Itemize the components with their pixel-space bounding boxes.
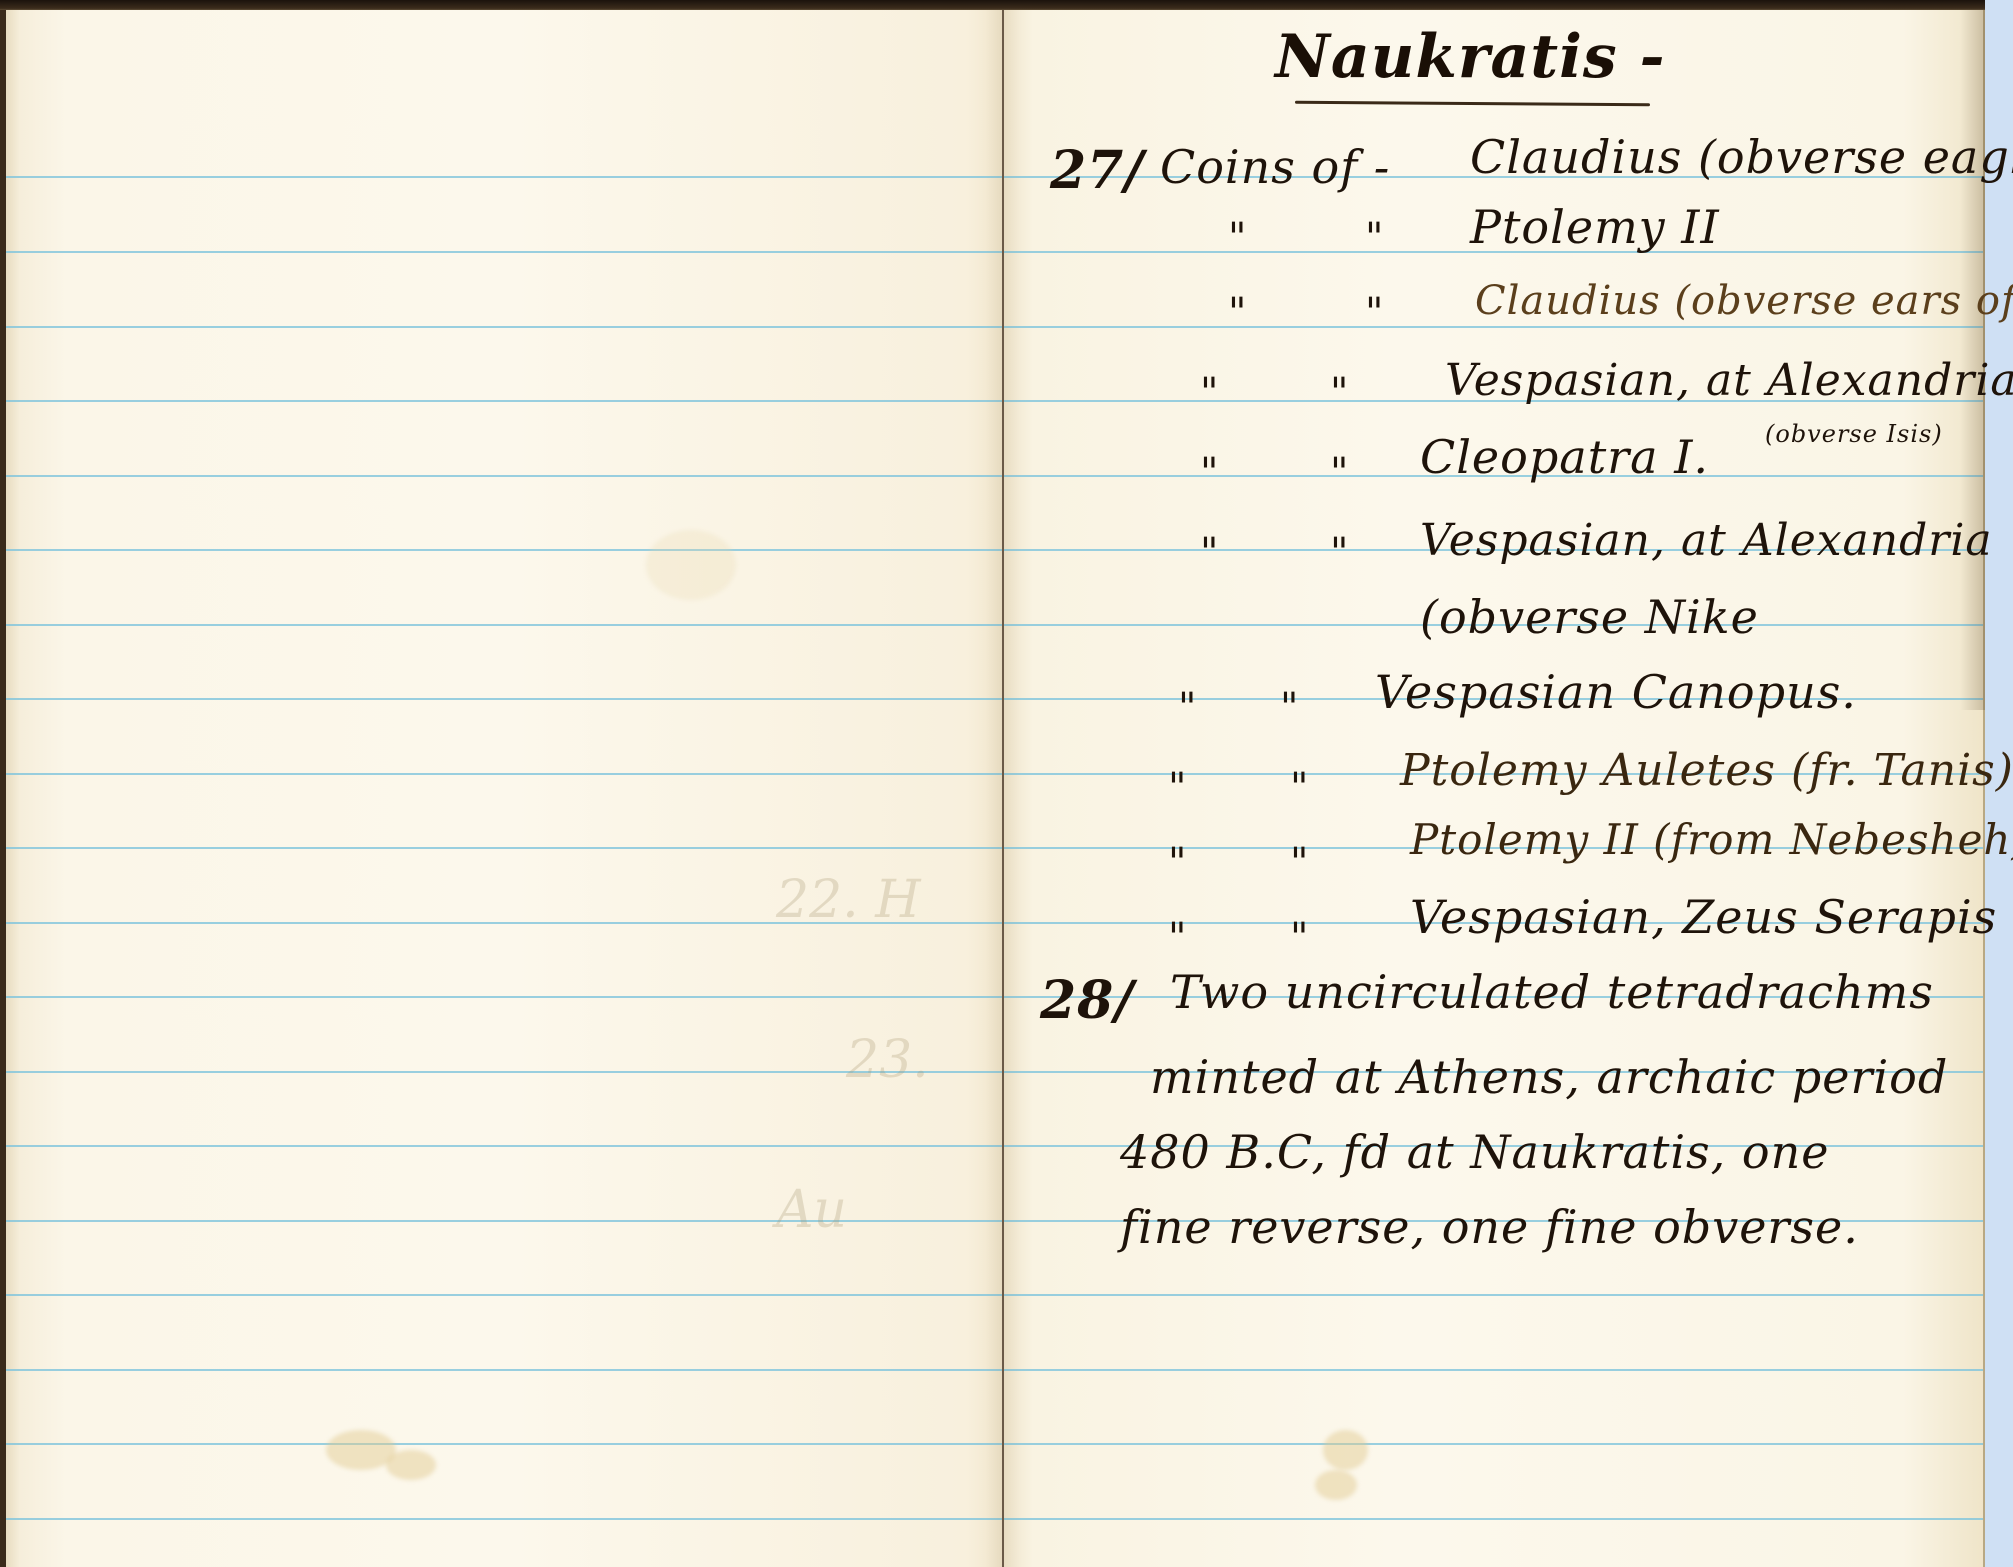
entry-line: Two uncirculated tetradrachms — [1170, 965, 1934, 1019]
entry-prefix: Coins of - — [1160, 140, 1390, 194]
rule-line — [1003, 326, 1983, 328]
ditto-mark: " — [1178, 685, 1197, 731]
left-page: 22. H 23. Au — [0, 10, 1003, 1567]
rule-line — [6, 1518, 1003, 1520]
ditto-mark: " — [1330, 530, 1349, 576]
ditto-mark: " — [1290, 840, 1309, 886]
paper-stain — [1315, 1470, 1357, 1500]
ditto-mark: " — [1365, 290, 1384, 336]
ditto-mark: " — [1330, 370, 1349, 416]
ditto-mark: " — [1280, 685, 1299, 731]
ditto-mark: " — [1228, 215, 1247, 261]
page-title: Naukratis - — [1275, 22, 1665, 92]
entry-number: 28/ — [1040, 970, 1134, 1031]
bleed-through-mark: 23. — [846, 1030, 929, 1090]
bleed-through-mark: Au — [776, 1180, 847, 1240]
rule-line — [6, 400, 1003, 402]
entry-line: Cleopatra I. — [1420, 430, 1709, 484]
ditto-mark: " — [1168, 765, 1187, 811]
rule-line — [6, 176, 1003, 178]
entry-line: Claudius (obverse ears of corn) — [1475, 278, 2013, 324]
rule-line — [6, 549, 1003, 551]
entry-line: (obverse Nike — [1420, 590, 1759, 644]
rule-line — [6, 1443, 1003, 1445]
rule-line — [6, 326, 1003, 328]
paper-stain — [646, 530, 736, 600]
entry-number: 27/ — [1050, 140, 1144, 201]
rule-line — [6, 773, 1003, 775]
rule-line — [1003, 1443, 1983, 1445]
notebook-spread: 22. H 23. Au Naukratis - 27/ — [0, 0, 2013, 1567]
entry-line: Vespasian, at Alexandria — [1420, 515, 1993, 566]
entry-line: Vespasian, at Alexandria — [1445, 355, 2013, 406]
rule-line — [1003, 1294, 1983, 1296]
rule-line — [6, 624, 1003, 626]
rule-line — [6, 1369, 1003, 1371]
rule-line — [1003, 1369, 1983, 1371]
paper-stain — [1323, 1430, 1368, 1470]
ditto-mark: " — [1200, 370, 1219, 416]
rule-line — [6, 847, 1003, 849]
ditto-mark: " — [1330, 450, 1349, 496]
paper-stain — [386, 1450, 436, 1480]
ditto-mark: " — [1228, 290, 1247, 336]
rule-line — [6, 1145, 1003, 1147]
entry-line: Claudius (obverse eagle) — [1470, 130, 2013, 184]
entry-line: Ptolemy Auletes (fr. Tanis) — [1400, 745, 2013, 796]
rule-line — [6, 996, 1003, 998]
entry-line: Vespasian, Zeus Serapis — [1410, 890, 1997, 944]
ditto-mark: " — [1365, 215, 1384, 261]
ditto-mark: " — [1200, 450, 1219, 496]
rule-line — [1003, 1518, 1983, 1520]
ditto-mark: " — [1168, 915, 1187, 961]
rule-line — [6, 475, 1003, 477]
entry-line: Vespasian Canopus. — [1375, 665, 1857, 719]
entry-line: fine reverse, one fine obverse. — [1120, 1200, 1859, 1254]
ditto-mark: " — [1290, 915, 1309, 961]
rule-line — [6, 698, 1003, 700]
entry-line: minted at Athens, archaic period — [1150, 1050, 1948, 1104]
entry-line: 480 B.C, fd at Naukratis, one — [1120, 1125, 1829, 1179]
entry-line: Ptolemy II (from Nebesheh) — [1410, 815, 2013, 864]
bleed-through-mark: 22. H — [776, 870, 921, 930]
ditto-mark: " — [1168, 840, 1187, 886]
rule-line — [6, 251, 1003, 253]
notebook-spine — [1002, 10, 1004, 1567]
rule-line — [6, 1220, 1003, 1222]
ditto-mark: " — [1290, 765, 1309, 811]
ditto-mark: " — [1200, 530, 1219, 576]
entry-line: Ptolemy II — [1470, 200, 1720, 254]
entry-annotation: (obverse Isis) — [1765, 420, 1943, 448]
rule-line — [6, 1294, 1003, 1296]
